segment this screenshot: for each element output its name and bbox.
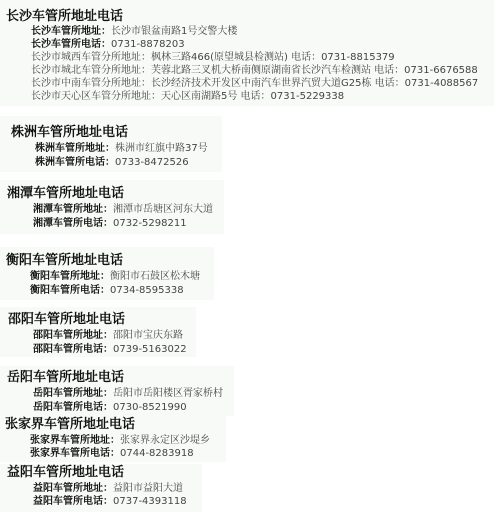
address-value: 岳阳市岳阳楼区胥家桥村 <box>113 388 223 399</box>
branch-line: 长沙市城西车管分所地址：枫林三路466(原望城县检测站) 电话：0731-881… <box>31 51 395 64</box>
section-title: 长沙车管所地址电话 <box>6 8 123 25</box>
address-line: 长沙车管所地址：长沙市银盆南路1号交警大楼 <box>31 25 237 38</box>
branch-line: 长沙市中南车管分所地址：长沙经济技术开发区中南汽车世界汽贸大道G25栋 电话：0… <box>31 77 478 90</box>
section-yiyang: 益阳车管所地址电话 益阳车管所地址：益阳市益阳大道 益阳车管所电话：0737-4… <box>0 464 202 512</box>
phone-line: 衡阳车管所电话：0734-8595338 <box>30 284 184 297</box>
phone-label: 长沙车管所电话： <box>31 39 111 50</box>
address-value: 湘潭市岳塘区河东大道 <box>113 204 213 215</box>
section-changsha: 长沙车管所地址电话 长沙车管所地址：长沙市银盆南路1号交警大楼 长沙车管所电话：… <box>0 0 494 106</box>
address-line: 岳阳车管所地址：岳阳市岳阳楼区胥家桥村 <box>33 387 223 400</box>
phone-line: 邵阳车管所电话：0739-5163022 <box>33 343 187 356</box>
phone-value: 0733-8472526 <box>115 157 189 168</box>
address-value: 益阳市益阳大道 <box>113 483 183 494</box>
phone-label: 衡阳车管所电话： <box>30 285 110 296</box>
address-line: 益阳车管所地址：益阳市益阳大道 <box>33 482 183 495</box>
phone-value: 0734-8595338 <box>110 285 184 296</box>
section-title: 益阳车管所地址电话 <box>7 464 124 481</box>
branch-line: 长沙市城北车管分所地址：芙蓉北路三叉机大桥南侧原湖南省长沙汽车检测站 电话：07… <box>31 64 478 77</box>
phone-label: 岳阳车管所电话： <box>33 402 113 413</box>
address-line: 湘潭车管所地址：湘潭市岳塘区河东大道 <box>33 203 213 216</box>
address-value: 邵阳市宝庆东路 <box>113 330 183 341</box>
phone-line: 岳阳车管所电话：0730-8521990 <box>33 401 187 414</box>
phone-label: 湘潭车管所电话： <box>33 218 113 229</box>
phone-line: 湘潭车管所电话：0732-5298211 <box>33 217 187 230</box>
address-line: 株洲车管所地址：株洲市红旗中路37号 <box>35 142 208 155</box>
phone-label: 张家界车管所电话： <box>30 448 120 459</box>
address-label: 邵阳车管所地址： <box>33 330 113 341</box>
section-yueyang: 岳阳车管所地址电话 岳阳车管所地址：岳阳市岳阳楼区胥家桥村 岳阳车管所电话：07… <box>0 366 234 416</box>
address-label: 株洲车管所地址： <box>35 143 115 154</box>
section-zhuzhou: 株洲车管所地址电话 株洲车管所地址：株洲市红旗中路37号 株洲车管所电话：073… <box>0 116 222 172</box>
branch-line: 长沙市天心区车管分所地址：天心区南湖路5号 电话：0731-5229338 <box>31 90 344 103</box>
address-label: 湘潭车管所地址： <box>33 204 113 215</box>
phone-label: 益阳车管所电话： <box>33 496 113 507</box>
section-title: 湘潭车管所地址电话 <box>7 185 124 202</box>
address-value: 张家界永定区沙堤乡 <box>120 435 210 446</box>
phone-value: 0737-4393118 <box>113 496 187 507</box>
section-shaoyang: 邵阳车管所地址电话 邵阳车管所地址：邵阳市宝庆东路 邵阳车管所电话：0739-5… <box>0 307 196 357</box>
phone-label: 邵阳车管所电话： <box>33 344 113 355</box>
address-value: 衡阳市石鼓区松木塘 <box>110 271 200 282</box>
phone-value: 0730-8521990 <box>113 402 187 413</box>
address-label: 岳阳车管所地址： <box>33 388 113 399</box>
phone-line: 益阳车管所电话：0737-4393118 <box>33 495 187 508</box>
phone-value: 0744-8283918 <box>120 448 194 459</box>
section-xiangtan: 湘潭车管所地址电话 湘潭车管所地址：湘潭市岳塘区河东大道 湘潭车管所电话：073… <box>0 180 224 234</box>
address-line: 邵阳车管所地址：邵阳市宝庆东路 <box>33 329 183 342</box>
section-title: 株洲车管所地址电话 <box>11 124 128 141</box>
address-label: 张家界车管所地址： <box>30 435 120 446</box>
section-title: 张家界车管所地址电话 <box>5 416 135 433</box>
address-label: 长沙车管所地址： <box>31 26 111 37</box>
address-value: 长沙市银盆南路1号交警大楼 <box>111 26 237 37</box>
section-title: 衡阳车管所地址电话 <box>6 252 123 269</box>
phone-label: 株洲车管所电话： <box>35 157 115 168</box>
phone-value: 0739-5163022 <box>113 344 187 355</box>
address-label: 益阳车管所地址： <box>33 483 113 494</box>
phone-line: 株洲车管所电话：0733-8472526 <box>35 156 189 169</box>
section-zhangjiajie: 张家界车管所地址电话 张家界车管所地址：张家界永定区沙堤乡 张家界车管所电话：0… <box>0 414 226 462</box>
address-line: 张家界车管所地址：张家界永定区沙堤乡 <box>30 434 210 447</box>
phone-line: 长沙车管所电话：0731-8878203 <box>31 38 185 51</box>
phone-line: 张家界车管所电话：0744-8283918 <box>30 447 194 460</box>
phone-value: 0732-5298211 <box>113 218 187 229</box>
section-hengyang: 衡阳车管所地址电话 衡阳车管所地址：衡阳市石鼓区松木塘 衡阳车管所电话：0734… <box>0 247 214 300</box>
address-value: 株洲市红旗中路37号 <box>115 143 208 154</box>
phone-value: 0731-8878203 <box>111 39 185 50</box>
section-title: 岳阳车管所地址电话 <box>7 369 124 386</box>
address-label: 衡阳车管所地址： <box>30 271 110 282</box>
address-line: 衡阳车管所地址：衡阳市石鼓区松木塘 <box>30 270 200 283</box>
section-title: 邵阳车管所地址电话 <box>8 311 125 328</box>
